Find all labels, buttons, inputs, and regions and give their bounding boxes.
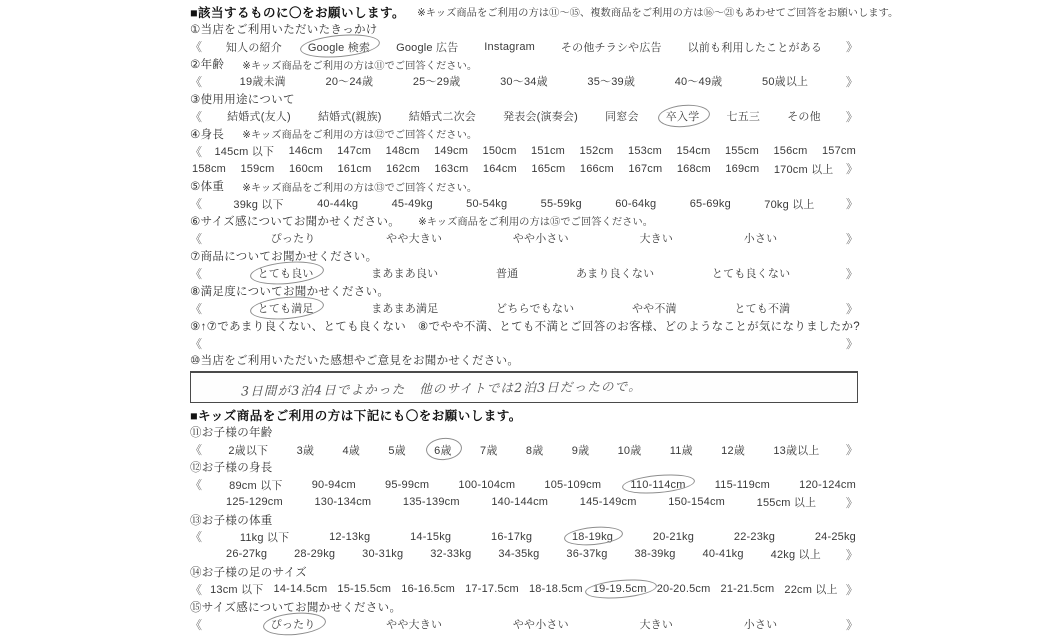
option: 65-69kg bbox=[688, 198, 733, 210]
question-label: ②年齢 bbox=[190, 56, 224, 72]
option: 155cm bbox=[723, 145, 761, 157]
question-label: ⑧満足度についてお聞かせください。 bbox=[190, 283, 389, 299]
question-label-row: ⑪お子様の年齢 bbox=[190, 424, 858, 441]
option: とても不満 bbox=[732, 300, 792, 316]
close-bracket: 》 bbox=[846, 160, 858, 177]
question-note: ※キッズ商品をご利用の方は⑮でご回答ください。 bbox=[418, 213, 653, 228]
option-row: 《89cm 以下90-94cm95-99cm100-104cm105-109cm… bbox=[190, 476, 858, 493]
option: 大きい bbox=[637, 616, 675, 632]
question-label: ④身長 bbox=[190, 126, 224, 142]
question-label-row: ⑦商品についてお聞かせください。 bbox=[190, 247, 858, 264]
option: 60-64kg bbox=[613, 198, 658, 210]
scanned-survey-sheet: ■該当するものに〇をお願いします。 ※キッズ商品をご利用の方は⑪〜⑮、複数商品を… bbox=[190, 3, 858, 633]
option-circled: とても良い bbox=[256, 265, 316, 281]
option: 165cm bbox=[529, 163, 567, 175]
option-circled: 卒入学 bbox=[664, 108, 702, 124]
option: やや小さい bbox=[511, 230, 571, 246]
close-bracket: 》 bbox=[846, 546, 858, 563]
option-row: 《結婚式(友人)結婚式(親族)結婚式二次会発表会(演奏会)同窓会卒入学七五三その… bbox=[190, 108, 858, 125]
open-bracket: 《 bbox=[190, 476, 202, 493]
question-label: ⑨↑⑦であまり良くない、とても良くない ⑧でやや不満、とても不満とご回答のお客様… bbox=[190, 318, 860, 334]
option: 55-59kg bbox=[539, 198, 584, 210]
option: 50歳以上 bbox=[760, 73, 810, 89]
option-circled: 6歳 bbox=[432, 442, 454, 458]
option: 38-39kg bbox=[632, 548, 677, 560]
option-row: 《19歳未満20〜24歳25〜29歳30〜34歳35〜39歳40〜49歳50歳以… bbox=[190, 73, 858, 90]
question-label-row: ⑫お子様の身長 bbox=[190, 459, 858, 476]
option: 100-104cm bbox=[456, 479, 517, 491]
option-row: 26-27kg28-29kg30-31kg32-33kg34-35kg36-37… bbox=[190, 546, 858, 563]
option: 160cm bbox=[287, 163, 325, 175]
option: 3歳 bbox=[295, 442, 317, 458]
option: 16-16.5cm bbox=[399, 583, 457, 595]
option: 40-44kg bbox=[315, 198, 360, 210]
open-bracket: 《 bbox=[190, 300, 202, 317]
question-label: ⑬お子様の体重 bbox=[190, 512, 273, 528]
option: 163cm bbox=[432, 163, 470, 175]
option: 24-25kg bbox=[813, 531, 858, 543]
option: やや小さい bbox=[511, 616, 571, 632]
question-label: ①当店をご利用いただいたきっかけ bbox=[190, 21, 378, 37]
option: 2歳以下 bbox=[226, 442, 270, 458]
option: 50-54kg bbox=[464, 198, 509, 210]
question-label-row: ④身長※キッズ商品をご利用の方は⑫でご回答ください。 bbox=[190, 125, 858, 142]
option: 大きい bbox=[637, 230, 675, 246]
question-note: ※キッズ商品をご利用の方は⑫でご回答ください。 bbox=[242, 126, 477, 141]
option: どちらでもない bbox=[494, 300, 576, 316]
option: やや大きい bbox=[384, 230, 444, 246]
option: まあまあ満足 bbox=[369, 300, 440, 316]
question-note: ※キッズ商品をご利用の方は⑬でご回答ください。 bbox=[242, 179, 477, 194]
main-questions-area: ①当店をご利用いただいたきっかけ《知人の紹介Google 検索Google 広告… bbox=[190, 20, 858, 369]
close-bracket: 》 bbox=[846, 230, 858, 247]
open-bracket: 《 bbox=[190, 108, 202, 125]
option: 158cm bbox=[190, 163, 228, 175]
option-row: 《13cm 以下14-14.5cm15-15.5cm16-16.5cm17-17… bbox=[190, 581, 858, 598]
option: 150cm bbox=[481, 145, 519, 157]
close-bracket: 》 bbox=[846, 494, 858, 511]
option: 小さい bbox=[742, 230, 780, 246]
option-circled: とても満足 bbox=[256, 300, 316, 316]
option: 7歳 bbox=[478, 442, 500, 458]
option: 知人の紹介 bbox=[224, 39, 284, 55]
question-label: ⑪お子様の年齢 bbox=[190, 424, 273, 440]
option: 130-134cm bbox=[312, 496, 373, 508]
option: 145-149cm bbox=[578, 496, 639, 508]
option: 18-18.5cm bbox=[527, 583, 585, 595]
question-label: ⑫お子様の身長 bbox=[190, 459, 273, 475]
option: 発表会(演奏会) bbox=[501, 108, 580, 124]
option: 12-13kg bbox=[327, 531, 372, 543]
option: 30-31kg bbox=[360, 548, 405, 560]
option: 21-21.5cm bbox=[719, 583, 777, 595]
option: 普通 bbox=[494, 265, 520, 281]
option: 148cm bbox=[384, 145, 422, 157]
option-row: 《11kg 以下12-13kg14-15kg16-17kg18-19kg20-2… bbox=[190, 528, 858, 545]
question-label: ⑤体重 bbox=[190, 178, 224, 194]
option: 17-17.5cm bbox=[463, 583, 521, 595]
option-row: 158cm159cm160cm161cm162cm163cm164cm165cm… bbox=[190, 160, 858, 177]
option: 20-20.5cm bbox=[655, 583, 713, 595]
open-bracket: 《 bbox=[190, 581, 202, 598]
option: 14-15kg bbox=[408, 531, 453, 543]
option-row: 《ぴったりやや大きいやや小さい大きい小さい》 bbox=[190, 230, 858, 247]
option: 150-154cm bbox=[666, 496, 727, 508]
option: 30〜34歳 bbox=[498, 73, 550, 89]
option: 154cm bbox=[674, 145, 712, 157]
question-label-row: ⑧満足度についてお聞かせください。 bbox=[190, 282, 858, 299]
option: 10歳 bbox=[616, 442, 644, 458]
close-bracket: 》 bbox=[846, 581, 858, 598]
option-row: 《145cm 以下146cm147cm148cm149cm150cm151cm1… bbox=[190, 143, 858, 160]
close-bracket: 》 bbox=[846, 265, 858, 282]
kids-questions-area: ⑪お子様の年齢《2歳以下3歳4歳5歳6歳7歳8歳9歳10歳11歳12歳13歳以上… bbox=[190, 424, 858, 633]
option: 七五三 bbox=[725, 108, 763, 124]
close-bracket: 》 bbox=[846, 441, 858, 458]
question-label-row: ⑬お子様の体重 bbox=[190, 511, 858, 528]
open-bracket: 《 bbox=[190, 616, 202, 633]
option: まあまあ良い bbox=[369, 265, 440, 281]
option: 140-144cm bbox=[489, 496, 550, 508]
option-row: 《》 bbox=[190, 334, 858, 351]
option: 11歳 bbox=[668, 442, 695, 458]
open-bracket: 《 bbox=[190, 195, 202, 212]
option: 135-139cm bbox=[401, 496, 462, 508]
close-bracket: 》 bbox=[846, 300, 858, 317]
option: 22-23kg bbox=[732, 531, 777, 543]
option: 20〜24歳 bbox=[324, 73, 376, 89]
option: 5歳 bbox=[386, 442, 408, 458]
open-bracket: 《 bbox=[190, 265, 202, 282]
question-label: ③使用用途について bbox=[190, 91, 295, 107]
option: 166cm bbox=[578, 163, 616, 175]
option-row: 《とても良いまあまあ良い普通あまり良くないとても良くない》 bbox=[190, 265, 858, 282]
option: 151cm bbox=[529, 145, 567, 157]
question-label-row: ⑩当店をご利用いただいた感想やご意見をお聞かせください。 bbox=[190, 352, 858, 369]
option: 14-14.5cm bbox=[272, 583, 330, 595]
option: 168cm bbox=[675, 163, 713, 175]
option: 155cm 以上 bbox=[755, 494, 819, 510]
option: 157cm bbox=[820, 145, 858, 157]
question-label-row: ③使用用途について bbox=[190, 90, 858, 107]
open-bracket: 《 bbox=[190, 335, 202, 352]
question-label-row: ⑥サイズ感についてお聞かせください。※キッズ商品をご利用の方は⑮でご回答ください… bbox=[190, 212, 858, 229]
option: 22cm 以上 bbox=[782, 581, 839, 597]
option-circled: Google 検索 bbox=[306, 39, 372, 55]
option: 45-49kg bbox=[390, 198, 435, 210]
option-row: 《2歳以下3歳4歳5歳6歳7歳8歳9歳10歳11歳12歳13歳以上》 bbox=[190, 441, 858, 458]
comment-box: 3日間が3泊4日でよかった 他のサイトでは2泊3日だったので。 bbox=[190, 371, 858, 403]
option-circled: ぴったり bbox=[269, 616, 318, 632]
option: 同窓会 bbox=[603, 108, 641, 124]
open-bracket: 《 bbox=[190, 38, 202, 55]
option: 169cm bbox=[723, 163, 761, 175]
question-label-row: ⑮サイズ感についてお聞かせください。 bbox=[190, 598, 858, 615]
main-section-title: ■該当するものに〇をお願いします。 bbox=[190, 3, 405, 21]
option: やや不満 bbox=[630, 300, 679, 316]
open-bracket: 《 bbox=[190, 230, 202, 247]
option: その他チラシや広告 bbox=[559, 39, 664, 55]
question-label: ⑮サイズ感についてお聞かせください。 bbox=[190, 599, 401, 615]
option: 147cm bbox=[335, 145, 373, 157]
question-label: ⑥サイズ感についてお聞かせください。 bbox=[190, 213, 400, 229]
question-label-row: ②年齢※キッズ商品をご利用の方は⑪でご回答ください。 bbox=[190, 55, 858, 72]
question-label: ⑩当店をご利用いただいた感想やご意見をお聞かせください。 bbox=[190, 352, 519, 368]
kids-section-header: ■キッズ商品をご利用の方は下記にも〇をお願いします。 bbox=[190, 406, 858, 423]
option: 149cm bbox=[432, 145, 470, 157]
option: 34-35kg bbox=[496, 548, 541, 560]
option: 13歳以上 bbox=[771, 442, 821, 458]
option-row: 125-129cm130-134cm135-139cm140-144cm145-… bbox=[190, 493, 858, 510]
option: 90-94cm bbox=[310, 479, 358, 491]
option: 32-33kg bbox=[428, 548, 473, 560]
option: 28-29kg bbox=[292, 548, 337, 560]
option-row: 《知人の紹介Google 検索Google 広告Instagramその他チラシや… bbox=[190, 38, 858, 55]
option: 4歳 bbox=[340, 442, 362, 458]
option: 小さい bbox=[742, 616, 780, 632]
option: 11kg 以下 bbox=[238, 529, 292, 545]
option: 結婚式(友人) bbox=[225, 108, 293, 124]
option: Google 広告 bbox=[394, 39, 460, 55]
option-row: 《ぴったりやや大きいやや小さい大きい小さい》 bbox=[190, 615, 858, 632]
option: 42kg 以上 bbox=[769, 546, 823, 562]
option: 95-99cm bbox=[383, 479, 431, 491]
option: ぴったり bbox=[269, 230, 318, 246]
option: 15-15.5cm bbox=[335, 583, 393, 595]
option: 19歳未満 bbox=[238, 73, 288, 89]
option: 164cm bbox=[481, 163, 519, 175]
question-label-row: ①当店をご利用いただいたきっかけ bbox=[190, 20, 858, 37]
close-bracket: 》 bbox=[846, 195, 858, 212]
option: 145cm 以下 bbox=[212, 143, 276, 159]
option: 35〜39歳 bbox=[585, 73, 637, 89]
option: 125-129cm bbox=[224, 496, 285, 508]
kids-section-title: ■キッズ商品をご利用の方は下記にも〇をお願いします。 bbox=[190, 406, 522, 424]
option: 以前も利用したことがある bbox=[686, 39, 824, 55]
close-bracket: 》 bbox=[846, 73, 858, 90]
close-bracket: 》 bbox=[846, 108, 858, 125]
open-bracket: 《 bbox=[190, 528, 202, 545]
option: 89cm 以下 bbox=[227, 477, 284, 493]
option: 162cm bbox=[384, 163, 422, 175]
close-bracket: 》 bbox=[846, 335, 858, 352]
option: 39kg 以下 bbox=[231, 196, 285, 212]
question-label-row: ⑭お子様の足のサイズ bbox=[190, 563, 858, 580]
option: 8歳 bbox=[524, 442, 546, 458]
option-circled: 19-19.5cm bbox=[591, 583, 649, 595]
question-label: ⑦商品についてお聞かせください。 bbox=[190, 248, 377, 264]
option-row: 《とても満足まあまあ満足どちらでもないやや不満とても不満》 bbox=[190, 299, 858, 316]
option: 152cm bbox=[578, 145, 616, 157]
question-note: ※キッズ商品をご利用の方は⑪でご回答ください。 bbox=[242, 57, 477, 72]
option: やや大きい bbox=[384, 616, 444, 632]
option: 9歳 bbox=[570, 442, 592, 458]
option: 25〜29歳 bbox=[411, 73, 463, 89]
option: 20-21kg bbox=[651, 531, 696, 543]
option: 170cm 以上 bbox=[772, 161, 836, 177]
option: 16-17kg bbox=[489, 531, 534, 543]
close-bracket: 》 bbox=[846, 38, 858, 55]
option: 26-27kg bbox=[224, 548, 269, 560]
open-bracket: 《 bbox=[190, 441, 202, 458]
option: 40-41kg bbox=[701, 548, 746, 560]
option: 120-124cm bbox=[797, 479, 858, 491]
option: 159cm bbox=[238, 163, 276, 175]
option-circled: 110-114cm bbox=[628, 479, 687, 491]
option: 70kg 以上 bbox=[762, 196, 816, 212]
option: その他 bbox=[785, 108, 823, 124]
question-label-row: ⑤体重※キッズ商品をご利用の方は⑬でご回答ください。 bbox=[190, 177, 858, 194]
option: 40〜49歳 bbox=[673, 73, 725, 89]
question-label-row: ⑨↑⑦であまり良くない、とても良くない ⑧でやや不満、とても不満とご回答のお客様… bbox=[190, 317, 858, 334]
option: 36-37kg bbox=[564, 548, 609, 560]
option: 156cm bbox=[771, 145, 809, 157]
option: あまり良くない bbox=[574, 265, 656, 281]
option: 12歳 bbox=[719, 442, 747, 458]
option: 167cm bbox=[626, 163, 664, 175]
main-section-note: ※キッズ商品をご利用の方は⑪〜⑮、複数商品をご利用の方は⑯〜㉑もあわせてご回答を… bbox=[417, 4, 898, 19]
option: 105-109cm bbox=[542, 479, 603, 491]
option-row: 《39kg 以下40-44kg45-49kg50-54kg55-59kg60-6… bbox=[190, 195, 858, 212]
handwritten-comment: 3日間が3泊4日でよかった 他のサイトでは2泊3日だったので。 bbox=[241, 376, 642, 399]
close-bracket: 》 bbox=[846, 616, 858, 633]
option: とても良くない bbox=[710, 265, 792, 281]
option: Instagram bbox=[482, 41, 537, 53]
question-label: ⑭お子様の足のサイズ bbox=[190, 564, 307, 580]
option: 結婚式二次会 bbox=[407, 108, 478, 124]
option-circled: 18-19kg bbox=[570, 531, 615, 543]
option: 146cm bbox=[287, 145, 325, 157]
main-section-header: ■該当するものに〇をお願いします。 ※キッズ商品をご利用の方は⑪〜⑮、複数商品を… bbox=[190, 3, 858, 20]
open-bracket: 《 bbox=[190, 143, 202, 160]
option: 153cm bbox=[626, 145, 664, 157]
option: 115-119cm bbox=[713, 479, 772, 491]
option: 161cm bbox=[335, 163, 373, 175]
option: 13cm 以下 bbox=[208, 581, 265, 597]
option: 結婚式(親族) bbox=[316, 108, 384, 124]
open-bracket: 《 bbox=[190, 73, 202, 90]
